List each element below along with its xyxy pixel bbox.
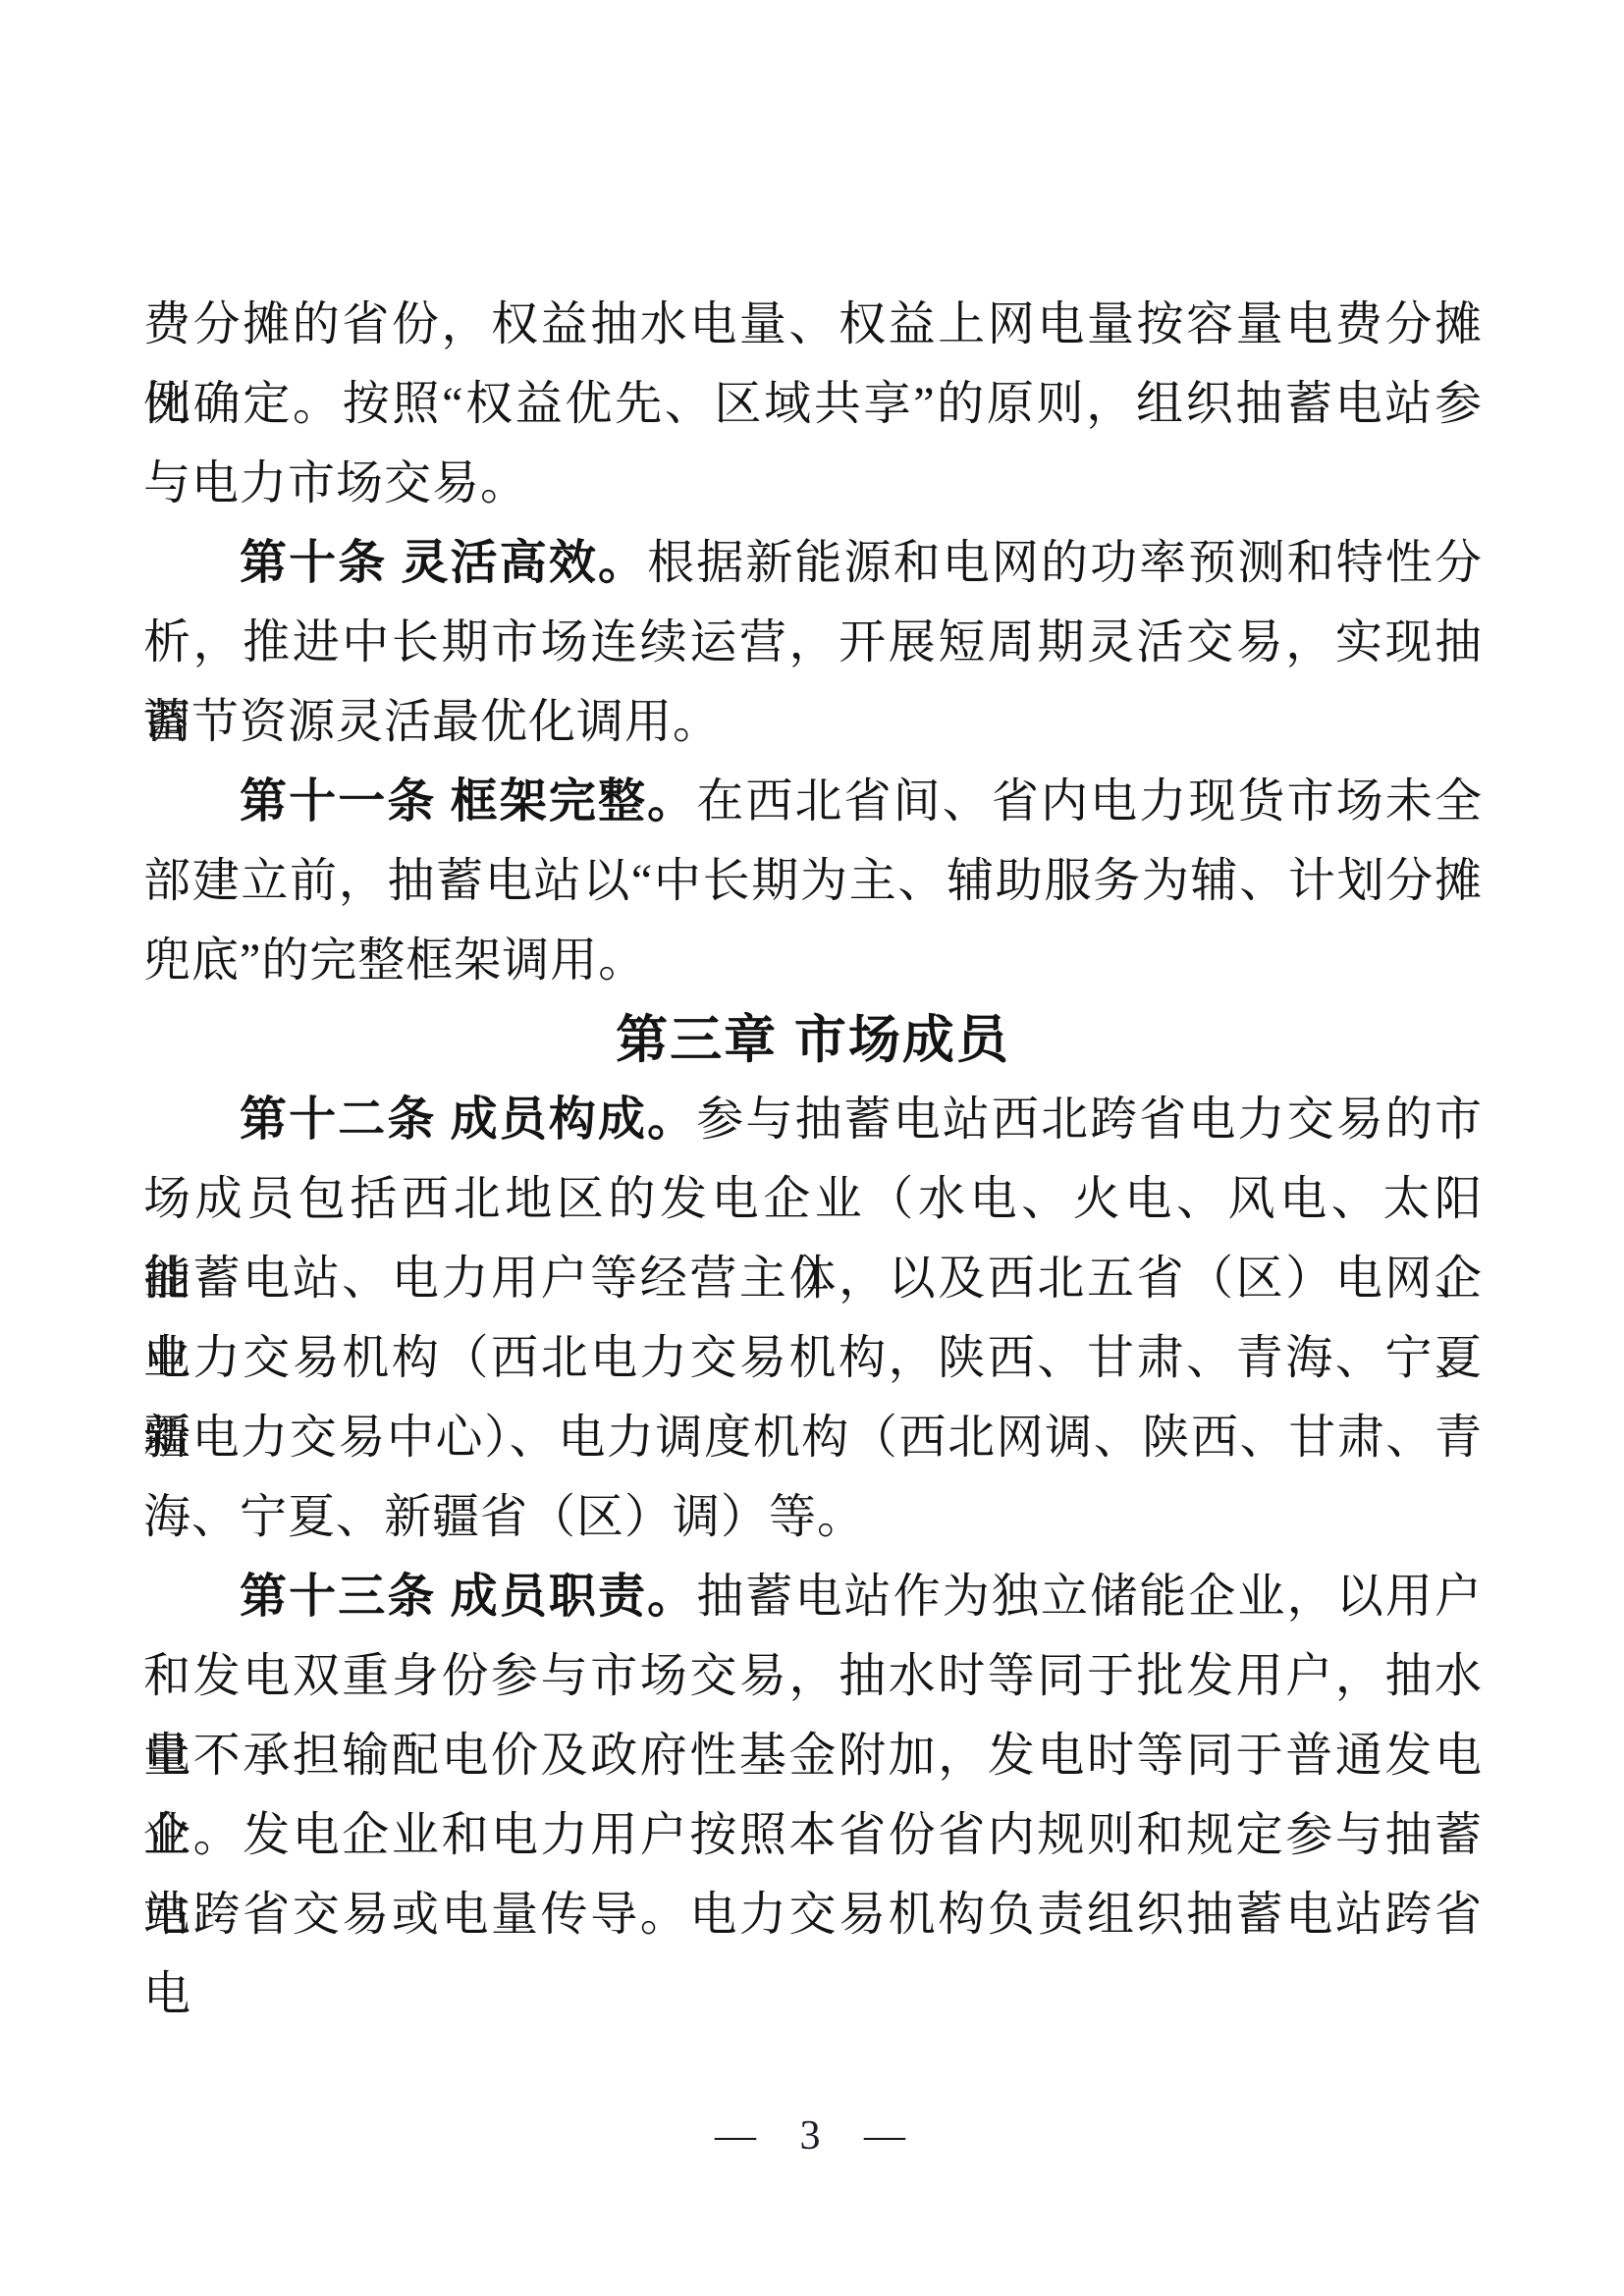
text-line: 疆电力交易中心）、电力调度机构（西北网调、陕西、甘肃、青	[143, 1398, 1483, 1477]
article-body: 抽蓄电站作为独立储能企业，以用户	[696, 1571, 1483, 1623]
chapter-heading: 第三章 市场成员	[143, 1000, 1483, 1080]
article-lead: 第十条 灵活高效。	[240, 537, 647, 589]
article-lead: 第十二条 成员构成。	[240, 1094, 696, 1146]
text-line: 第十一条 框架完整。在西北省间、省内电力现货市场未全	[143, 762, 1483, 841]
article-body: 在西北省间、省内电力现货市场未全	[696, 775, 1483, 828]
article-lead: 第十一条 框架完整。	[240, 775, 696, 828]
text-line: 第十条 灵活高效。根据新能源和电网的功率预测和特性分	[143, 523, 1483, 603]
text-line: 与电力市场交易。	[143, 444, 1483, 523]
text-line: 和发电双重身份参与市场交易，抽水时等同于批发用户，抽水电	[143, 1636, 1483, 1716]
text-line: 第十二条 成员构成。参与抽蓄电站西北跨省电力交易的市	[143, 1080, 1483, 1159]
text-line: 电力交易机构（西北电力交易机构，陕西、甘肃、青海、宁夏新	[143, 1318, 1483, 1398]
article-lead: 第十三条 成员职责。	[240, 1571, 696, 1623]
text-line: 例确定。按照“权益优先、区域共享”的原则，组织抽蓄电站参	[143, 364, 1483, 444]
text-line: 量不承担输配电价及政府性基金附加，发电时等同于普通发电企	[143, 1716, 1483, 1795]
text-line: 场成员包括西北地区的发电企业（水电、火电、风电、太阳能）、	[143, 1159, 1483, 1239]
text-line: 业。发电企业和电力用户按照本省份省内规则和规定参与抽蓄电	[143, 1795, 1483, 1875]
text-line: 析，推进中长期市场连续运营，开展短周期灵活交易，实现抽蓄	[143, 603, 1483, 682]
text-line: 抽蓄电站、电力用户等经营主体，以及西北五省（区）电网企业、	[143, 1239, 1483, 1318]
text-line: 海、宁夏、新疆省（区）调）等。	[143, 1477, 1483, 1557]
page-number: — 3 —	[0, 2112, 1624, 2160]
article-body: 参与抽蓄电站西北跨省电力交易的市	[696, 1094, 1483, 1146]
body-text: 费分摊的省份，权益抽水电量、权益上网电量按容量电费分摊比 例确定。按照“权益优先…	[143, 285, 1483, 1954]
document-page: 费分摊的省份，权益抽水电量、权益上网电量按容量电费分摊比 例确定。按照“权益优先…	[0, 0, 1624, 2296]
text-line: 兜底”的完整框架调用。	[143, 921, 1483, 1000]
text-line: 费分摊的省份，权益抽水电量、权益上网电量按容量电费分摊比	[143, 285, 1483, 364]
text-line: 站跨省交易或电量传导。电力交易机构负责组织抽蓄电站跨省电	[143, 1875, 1483, 1954]
article-body: 根据新能源和电网的功率预测和特性分	[647, 537, 1483, 589]
text-line: 第十三条 成员职责。抽蓄电站作为独立储能企业，以用户	[143, 1557, 1483, 1636]
text-line: 调节资源灵活最优化调用。	[143, 682, 1483, 762]
text-line: 部建立前，抽蓄电站以“中长期为主、辅助服务为辅、计划分摊	[143, 841, 1483, 921]
